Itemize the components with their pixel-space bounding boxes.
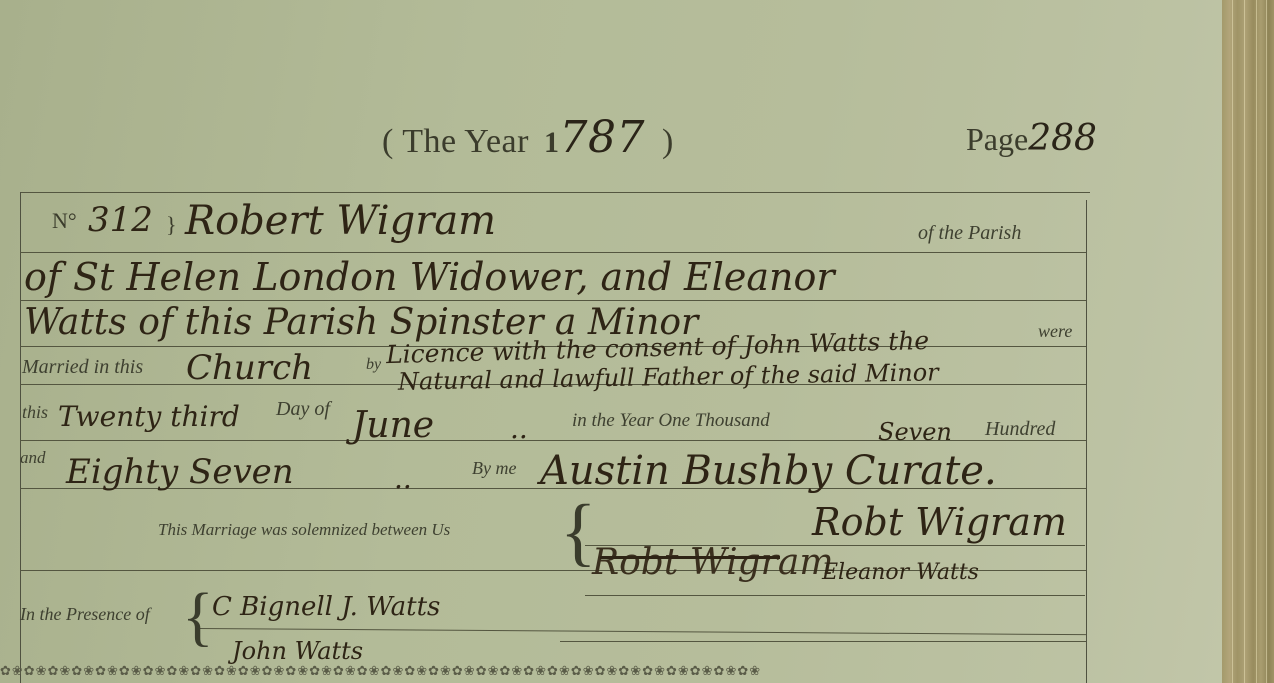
of-the-parish-label: of the Parish: [918, 222, 1021, 245]
entry-number-label: N°: [52, 208, 77, 234]
groom-parish-line: of St Helen London Widower, and Eleanor: [24, 255, 835, 299]
rule-top: [20, 192, 1090, 193]
day-of-label: Day of: [276, 398, 330, 421]
year-heading: ( The Year 1787 ): [382, 112, 674, 163]
hundred-label: Hundred: [985, 418, 1055, 441]
month-value: June: [352, 405, 434, 446]
rule-line-2: [20, 300, 1086, 301]
were-label: were: [1038, 321, 1072, 342]
witness-brace: {: [182, 584, 214, 650]
married-place: Church: [186, 348, 313, 388]
signature-groom-struck: Robt Wigram: [592, 542, 833, 583]
entry-brace: }: [166, 212, 177, 238]
solemnized-label: This Marriage was solemnized between Us: [158, 520, 450, 540]
signature-groom: Robt Wigram: [812, 500, 1067, 544]
and-label: and: [20, 448, 46, 468]
signature-bride: Eleanor Watts: [822, 560, 979, 585]
year-value: Eighty Seven: [66, 452, 294, 492]
presence-label: In the Presence of: [20, 604, 150, 625]
day-value: Twenty third: [58, 400, 240, 433]
rule-line-1: [20, 252, 1086, 253]
year-label: ( The Year: [382, 123, 529, 160]
year-dots: ..: [394, 462, 412, 495]
witness-line-2: John Watts: [232, 637, 363, 665]
rule-line-8: [200, 628, 1086, 635]
strikethrough: [600, 556, 780, 559]
signature-brace: {: [560, 494, 596, 570]
register-page: ( The Year 1787 ) Page288 N° 312 } Rober…: [0, 0, 1274, 683]
officiant: Austin Bushby Curate.: [540, 448, 997, 494]
page-label: Page: [966, 121, 1028, 157]
by-me-label: By me: [472, 458, 516, 479]
entry-number: 312: [88, 200, 153, 240]
rule-line-9: [560, 641, 1086, 642]
hundreds-value: Seven: [878, 418, 952, 446]
married-in-label: Married in this: [22, 356, 143, 379]
rule-right: [1086, 200, 1087, 683]
rule-sign-2: [585, 595, 1085, 596]
year-handwritten: 787: [559, 112, 644, 163]
month-dots: ..: [510, 412, 528, 445]
book-gutter: [1222, 0, 1274, 683]
ornamental-border: ✿❀✿❀✿❀✿❀✿❀✿❀✿❀✿❀✿❀✿❀✿❀✿❀✿❀✿❀✿❀✿❀✿❀✿❀✿❀✿❀…: [0, 664, 860, 683]
witness-line-1: C Bignell J. Watts: [212, 592, 440, 622]
page-number-heading: Page288: [966, 118, 1097, 159]
by-label: by: [366, 356, 381, 374]
this-label: this: [22, 402, 48, 423]
in-the-year-label: in the Year One Thousand: [572, 410, 770, 432]
groom-name: Robert Wigram: [185, 198, 496, 244]
year-prefix: 1: [544, 126, 560, 159]
page-number: 288: [1028, 118, 1097, 159]
year-close: ): [662, 123, 674, 160]
